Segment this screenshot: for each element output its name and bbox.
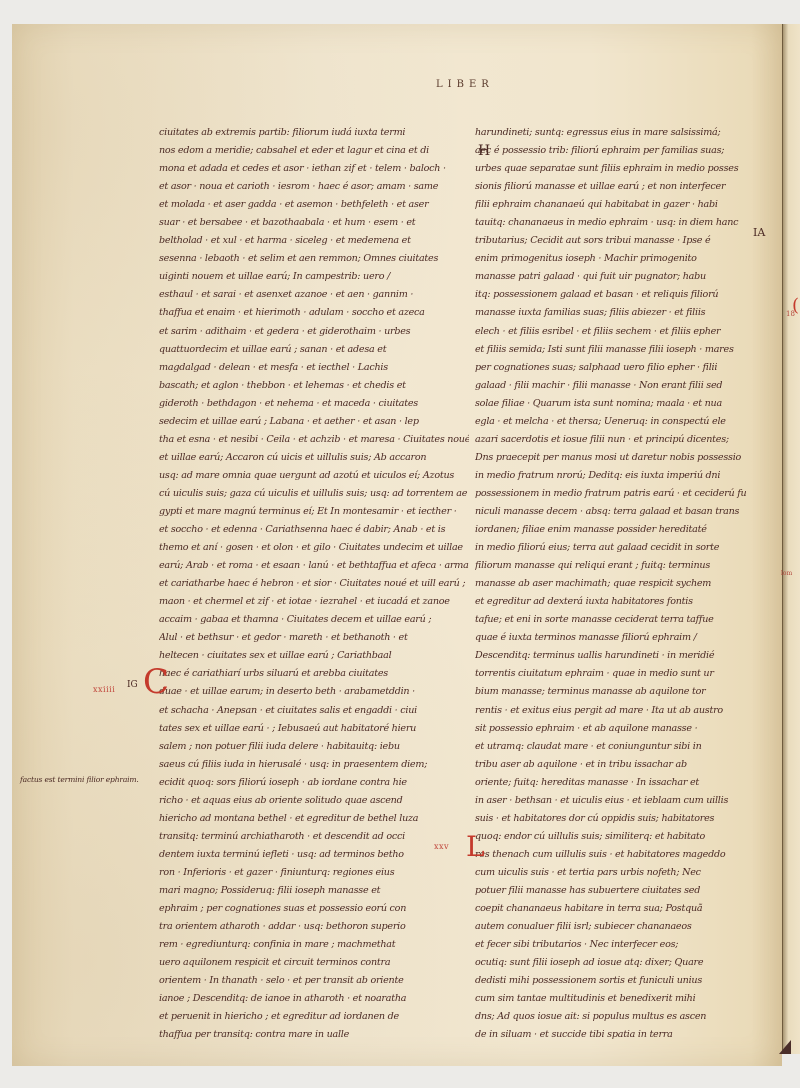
text-line: thaffua per transitq: contra mare in ual…	[159, 1026, 469, 1044]
chapter-rubric-xxiiii: xxiiii	[93, 685, 115, 694]
text-line: uero aquilonem respicit et circuit termi…	[159, 954, 469, 972]
text-line: nos edom a meridie; cabsahel et eder et …	[159, 142, 469, 160]
text-line: earú; Arab · et roma · et esaan · lanú ·…	[159, 557, 469, 575]
text-line: orientem · In thanath · selo · et per tr…	[159, 972, 469, 990]
text-line: hiericho ad montana bethel · et egreditu…	[159, 810, 469, 828]
text-line: in aser · bethsan · et uiculis eius · et…	[475, 792, 780, 810]
decorated-initial-c: C	[143, 662, 169, 702]
text-line: et schacha · Anepsan · et ciuitates sali…	[159, 702, 469, 720]
text-line: gypti et mare magnú terminus eí; Et In m…	[159, 503, 469, 521]
text-line: suis · et habitatores dor cú oppidis sui…	[475, 810, 780, 828]
text-line: accaim · gabaa et thamna · Ciuitates dec…	[159, 611, 469, 629]
text-line: tates sex et uillae earú · ; Iebusaeú au…	[159, 720, 469, 738]
next-page-rubric-18: 18	[786, 310, 795, 318]
text-line: uiginti nouem et uillae earú; In campest…	[159, 268, 469, 286]
text-line: et utramq: claudat mare · et coniunguntu…	[475, 738, 780, 756]
text-line: et molada · et aser gadda · et asemon · …	[159, 196, 469, 214]
text-line: tributarius; Cecidit aut sors tribui man…	[475, 232, 780, 250]
text-line: manasse ab aser machimath; quae respicit…	[475, 575, 780, 593]
margin-note: factus est termini filior ephraim.	[20, 775, 139, 784]
decorated-initial-l: L	[466, 830, 485, 863]
text-line: dedisti mihi possessionem sortis et funi…	[475, 972, 780, 990]
text-line: dns; Ad quos iosue ait: si populus multu…	[475, 1008, 780, 1026]
text-line: per cognationes suas; salphaad uero fili…	[475, 359, 780, 377]
text-line: possessionem in medio fratrum patris ear…	[475, 485, 780, 503]
text-line: et uillae earú; Accaron cú uicis et uill…	[159, 449, 469, 467]
text-line: egla · et melcha · et thersa; Ueneruq: i…	[475, 413, 780, 431]
text-line: bium manasse; terminus manasse ab aquilo…	[475, 683, 780, 701]
section-marker-ig: IG	[127, 680, 138, 690]
text-line: sit possessio ephraim · et ab aquilone m…	[475, 720, 780, 738]
text-line: ciuitates ab extremis partib: filiorum i…	[159, 124, 469, 142]
text-line: Dns praecepit per manus mosi ut daretur …	[475, 449, 780, 467]
text-line: sedecim et uillae earú ; Labana · et aet…	[159, 413, 469, 431]
text-line: quae é iuxta terminos manasse filiorú ep…	[475, 629, 780, 647]
text-line: tra orientem atharoth · addar · usq: bet…	[159, 918, 469, 936]
text-line: saeus cú filiis iuda in hierusalé · usq:…	[159, 756, 469, 774]
text-line: filiorum manasse qui reliqui erant ; fui…	[475, 557, 780, 575]
text-line: mona et adada et cedes et asor · iethan …	[159, 160, 469, 178]
text-line: mari magno; Possideruq: filii ioseph man…	[159, 882, 469, 900]
text-line: Alul · et bethsur · et gedor · mareth · …	[159, 629, 469, 647]
text-line: esthaul · et sarai · et asenxet azanoe ·…	[159, 286, 469, 304]
text-line: ephraim ; per cognationes suas et posses…	[159, 900, 469, 918]
text-line: heltecen · ciuitates sex et uillae earú …	[159, 647, 469, 665]
text-line: autem conualuer filii isrl; subiecer cha…	[475, 918, 780, 936]
text-line: gideroth · bethdagon · et nehema · et ma…	[159, 395, 469, 413]
text-line: tafue; et eni in sorte manasse ceciderat…	[475, 611, 780, 629]
text-line: maon · et chermel et zif · et iotae · ie…	[159, 593, 469, 611]
text-line: rem · egrediunturq: confinia in mare ; m…	[159, 936, 469, 954]
text-line: haec é cariathiarí urbs siluarú et arebb…	[159, 665, 469, 683]
text-line: niculi manasse decem · absq: terra galaa…	[475, 503, 780, 521]
section-marker-ia: IA	[753, 226, 765, 239]
text-line: et asor · noua et carioth · iesrom · hae…	[159, 178, 469, 196]
text-line: coepit chananaeus habitare in terra sua;…	[475, 900, 780, 918]
text-line: tauitq: chananaeus in medio ephraim · us…	[475, 214, 780, 232]
left-text-column: ciuitates ab extremis partib: filiorum i…	[159, 124, 469, 1044]
text-line: manasse iuxta familias suas; filiis abie…	[475, 304, 780, 322]
text-line: sesenna · lebaoth · et selim et aen remm…	[159, 250, 469, 268]
text-line: et sarim · adithaim · et gedera · et gid…	[159, 323, 469, 341]
running-head: LIBER	[436, 79, 494, 90]
text-line: tribu aser ab aquilone · et in tribu iss…	[475, 756, 780, 774]
text-line: quattuordecim et uillae earú ; sanan · e…	[159, 341, 469, 359]
text-line: sionis filiorú manasse et uillae earú ; …	[475, 178, 780, 196]
text-line: beltholad · et xul · et harma · siceleg …	[159, 232, 469, 250]
text-line: dentem iuxta terminú iefleti · usq: ad t…	[159, 846, 469, 864]
text-line: bascath; et aglon · thebbon · et lehemas…	[159, 377, 469, 395]
text-line: duae · et uillae earum; in deserto beth …	[159, 683, 469, 701]
text-line: enim primogenitus ioseph · Machir primog…	[475, 250, 780, 268]
text-line: galaad · filii machir · filii manasse · …	[475, 377, 780, 395]
text-line: elech · et filiis esribel · et filiis se…	[475, 323, 780, 341]
text-line: filii ephraim chananaeú qui habitabat in…	[475, 196, 780, 214]
text-line: aec é possessio trib: filiorú ephraim pe…	[475, 142, 780, 160]
text-line: in medio filiorú eius; terra aut galaad …	[475, 539, 780, 557]
text-line: potuer filii manasse has subuertere ciui…	[475, 882, 780, 900]
text-line: ron · Inferioris · et gazer · finiunturq…	[159, 864, 469, 882]
text-line: ecidit quoq: sors filiorú ioseph · ab io…	[159, 774, 469, 792]
text-line: richo · et aquas eius ab oriente solitud…	[159, 792, 469, 810]
text-line: et fecer sibi tributarios · Nec interfec…	[475, 936, 780, 954]
text-line: cum uiculis suis · et tertia pars urbis …	[475, 864, 780, 882]
text-line: et cariatharbe haec é hebron · et sior ·…	[159, 575, 469, 593]
text-line: de in siluam · et succide tibi spatia in…	[475, 1026, 780, 1044]
text-line: ocutiq: sunt filii ioseph ad iosue atq: …	[475, 954, 780, 972]
text-line: cum sim tantae multitudinis et benedixer…	[475, 990, 780, 1008]
text-line: manasse patri galaad · qui fuit uir pugn…	[475, 268, 780, 286]
text-line: oriente; fuitq: hereditas manasse · In i…	[475, 774, 780, 792]
text-line: salem ; non potuer filii iuda delere · h…	[159, 738, 469, 756]
text-line: azari sacerdotis et iosue filii nun · et…	[475, 431, 780, 449]
text-line: solae filiae · Quarum ista sunt nomina; …	[475, 395, 780, 413]
chapter-rubric-xxv: xxv	[434, 842, 449, 851]
initial-h: H	[478, 143, 490, 159]
text-line: torrentis ciuitatum ephraim · quae in me…	[475, 665, 780, 683]
text-line: itq: possessionem galaad et basan · et r…	[475, 286, 780, 304]
text-line: Descenditq: terminus uallis harundineti …	[475, 647, 780, 665]
text-line: themo et aní · gosen · et olon · et gilo…	[159, 539, 469, 557]
text-line: et filiis semida; Isti sunt filii manass…	[475, 341, 780, 359]
text-line: quoq: endor cú uillulis suis; similiterq…	[475, 828, 780, 846]
text-line: in medio fratrum nrorú; Deditq: eis iuxt…	[475, 467, 780, 485]
right-text-column: harundineti; suntq: egressus eius in mar…	[475, 124, 780, 1044]
text-line: rentis · et exitus eius pergit ad mare ·…	[475, 702, 780, 720]
text-line: magdalgad · delean · et mesfa · et iecth…	[159, 359, 469, 377]
next-page-edge	[782, 24, 800, 1054]
text-line: ianoe ; Descenditq: de ianoe in atharoth…	[159, 990, 469, 1008]
text-line: urbes quae separatae sunt filiis ephraim…	[475, 160, 780, 178]
next-page-rubric: lom	[781, 570, 792, 577]
text-line: thaffua et enaim · et hierimoth · adulam…	[159, 304, 469, 322]
text-line: tha et esna · et nesibi · Ceila · et ach…	[159, 431, 469, 449]
text-line: et egreditur ad dexterá iuxta habitatore…	[475, 593, 780, 611]
text-line: harundineti; suntq: egressus eius in mar…	[475, 124, 780, 142]
text-line: suar · et bersabee · et bazothaabala · e…	[159, 214, 469, 232]
text-line: cú uiculis suis; gaza cú uiculis et uill…	[159, 485, 469, 503]
text-line: iordanen; filiae enim manasse possider h…	[475, 521, 780, 539]
text-line: usq: ad mare omnia quae uergunt ad azotú…	[159, 467, 469, 485]
text-line: res thenach cum uillulis suis · et habit…	[475, 846, 780, 864]
text-line: et soccho · et edenna · Cariathsenna hae…	[159, 521, 469, 539]
text-line: et peruenit in hiericho ; et egreditur a…	[159, 1008, 469, 1026]
text-line: transitq: terminú archiatharoth · et des…	[159, 828, 469, 846]
